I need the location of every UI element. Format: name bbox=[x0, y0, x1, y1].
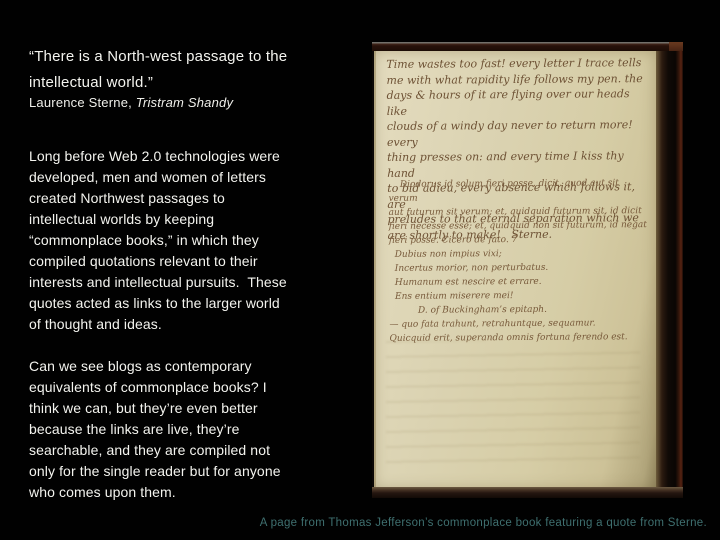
body-paragraph-blogs: Can we see blogs as contemporary equival… bbox=[29, 356, 359, 503]
book-top-edge bbox=[372, 42, 683, 51]
manuscript-page: Time wastes too fast! every letter I tra… bbox=[374, 51, 656, 489]
sterne-quote: “There is a North-west passage to the in… bbox=[29, 44, 359, 96]
book-gutter-shadow bbox=[656, 51, 683, 489]
quote-attribution: Laurence Sterne, Tristram Shandy bbox=[29, 95, 359, 110]
presentation-slide: “There is a North-west passage to the in… bbox=[0, 0, 720, 540]
photo-caption: A page from Thomas Jefferson’s commonpla… bbox=[260, 517, 707, 529]
book-bottom-edge bbox=[372, 487, 683, 498]
attribution-work-title: Tristram Shandy bbox=[136, 95, 233, 110]
manuscript-latin-passage: Diodorus id solum fieri posse, dicit, qu… bbox=[388, 176, 650, 346]
commonplace-book-photo: Time wastes too fast! every letter I tra… bbox=[372, 42, 683, 498]
attribution-author: Laurence Sterne, bbox=[29, 95, 136, 110]
ink-bleed-through bbox=[386, 341, 640, 471]
body-paragraph-commonplace-books: Long before Web 2.0 technologies were de… bbox=[29, 146, 359, 335]
